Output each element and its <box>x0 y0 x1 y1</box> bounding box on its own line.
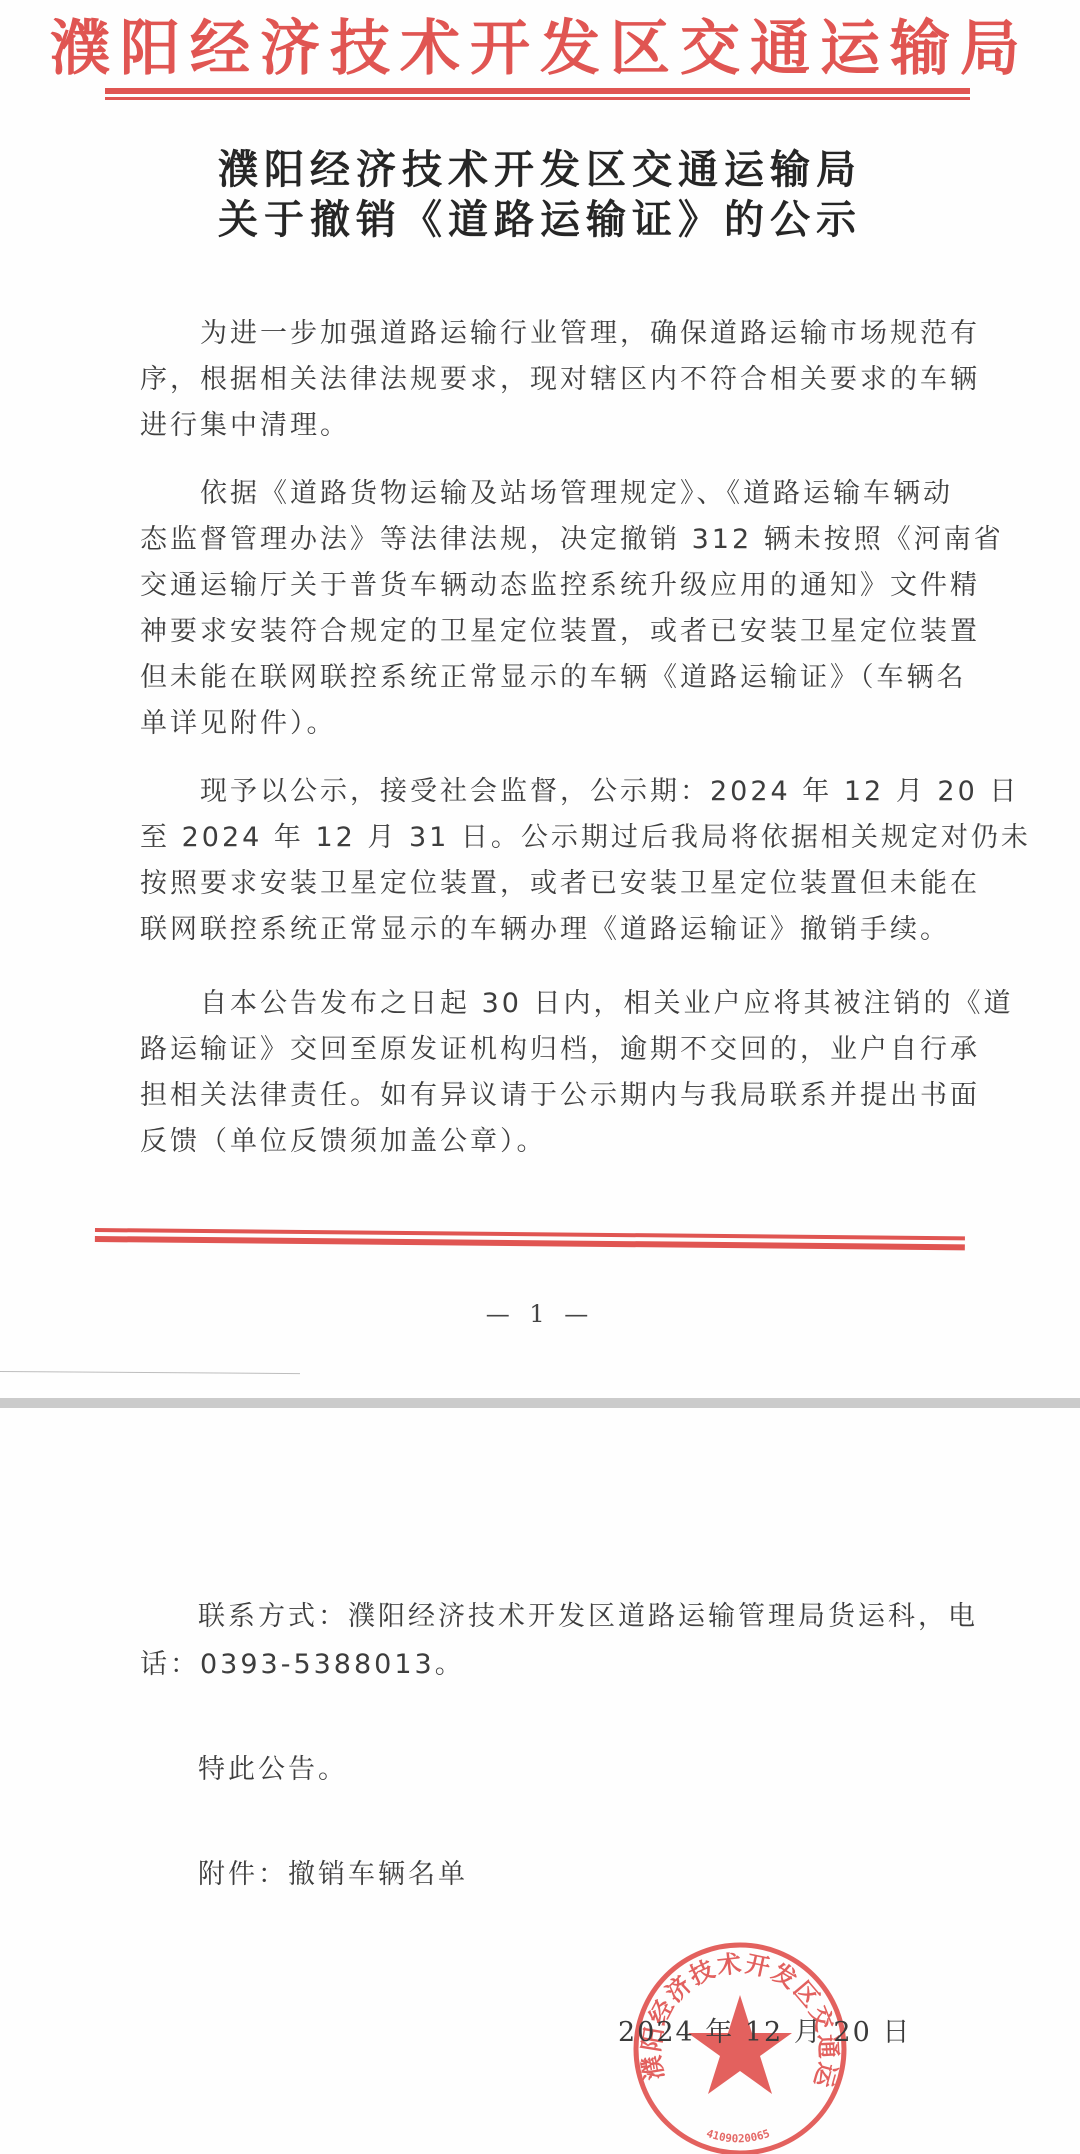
body-line: 反馈（单位反馈须加盖公章）。 <box>140 1119 547 1165</box>
letterhead-rule-thick <box>105 88 970 94</box>
page-number: — 1 — <box>0 1300 1080 1328</box>
document-title-line-2: 关于撤销《道路运输证》的公示 <box>0 196 1080 244</box>
document-title-line-1: 濮阳经济技术开发区交通运输局 <box>0 146 1080 194</box>
body-line: 担相关法律责任。如有异议请于公示期内与我局联系并提出书面 <box>140 1073 980 1119</box>
scan-edge-line <box>0 1371 300 1374</box>
body-line: 态监督管理办法》等法律法规，决定撤销 312 辆未按照《河南省 <box>140 517 1004 563</box>
body-line: 路运输证》交回至原发证机构归档，逾期不交回的，业户自行承 <box>140 1027 980 1073</box>
body-line: 序，根据相关法律法规要求，现对辖区内不符合相关要求的车辆 <box>140 357 980 403</box>
body-line: 进行集中清理。 <box>140 403 350 449</box>
body-line: 交通运输厅关于普货车辆动态监控系统升级应用的通知》文件精 <box>140 563 980 609</box>
body-line: 神要求安装符合规定的卫星定位装置，或者已安装卫星定位装置 <box>140 609 980 655</box>
red-letterhead-title: 濮阳经济技术开发区交通运输局 <box>0 14 1080 84</box>
page-separator <box>0 1398 1080 1408</box>
document-page-1: 濮阳经济技术开发区交通运输局 濮阳经济技术开发区交通运输局 关于撤销《道路运输证… <box>0 0 1080 1398</box>
body-line: 现予以公示，接受社会监督，公示期：2024 年 12 月 20 日 <box>200 769 1019 815</box>
svg-text:4109020065: 4109020065 <box>705 2127 772 2146</box>
body-line: 按照要求安装卫星定位装置，或者已安装卫星定位装置但未能在 <box>140 861 980 907</box>
issue-date: 2024 年 12 月 20 日 <box>618 2010 911 2049</box>
body-line: 自本公告发布之日起 30 日内，相关业户应将其被注销的《道 <box>200 981 1014 1027</box>
body-line: 联网联控系统正常显示的车辆办理《道路运输证》撤销手续。 <box>140 907 950 953</box>
contact-line-1: 联系方式：濮阳经济技术开发区道路运输管理局货运科，电 <box>198 1594 978 1640</box>
document-page-2 <box>0 1408 1080 2154</box>
footer-rule <box>95 1228 965 1258</box>
closing-text: 特此公告。 <box>198 1747 348 1793</box>
attachment-label: 附件：撤销车辆名单 <box>198 1852 468 1898</box>
body-line: 单详见附件）。 <box>140 701 337 747</box>
letterhead-rule-thin <box>105 97 970 100</box>
body-line: 为进一步加强道路运输行业管理，确保道路运输市场规范有 <box>200 311 980 357</box>
body-line: 依据《道路货物运输及站场管理规定》、《道路运输车辆动 <box>200 471 953 517</box>
body-line: 至 2024 年 12 月 31 日。公示期过后我局将依据相关规定对仍未 <box>140 815 1031 861</box>
body-line: 但未能在联网联控系统正常显示的车辆《道路运输证》（车辆名 <box>140 655 967 701</box>
contact-line-2: 话：0393-5388013。 <box>140 1642 465 1688</box>
